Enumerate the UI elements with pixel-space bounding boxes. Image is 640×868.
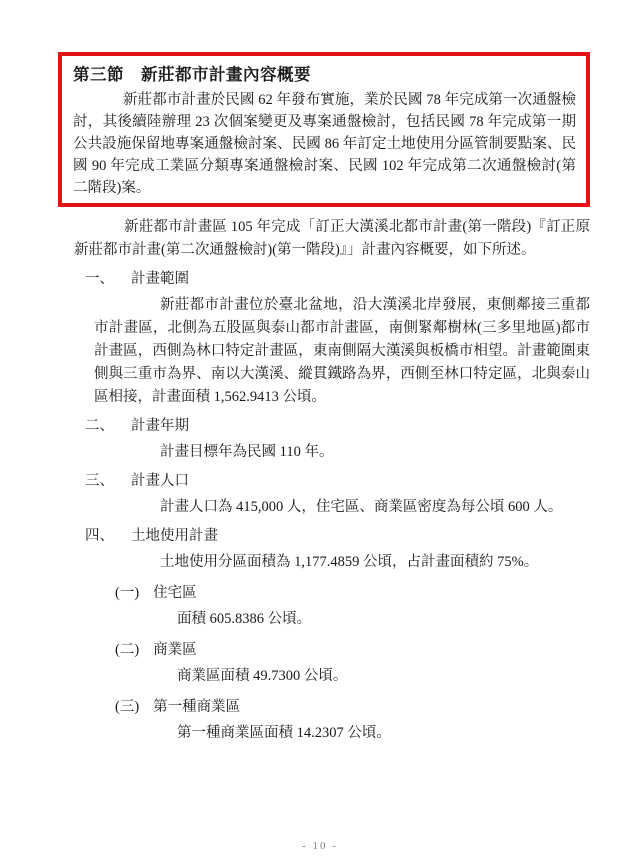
section-title: 計畫範圍 [131, 269, 189, 290]
box-paragraph: 新莊都市計畫於民國 62 年發布實施，業於民國 78 年完成第一次通盤檢討，其後… [73, 89, 576, 199]
section-body: 土地使用分區面積為 1,177.4859 公頃，占計畫面積約 75%。 [94, 551, 590, 574]
subsection-title: 住宅區 [153, 583, 197, 604]
section-body: 計畫人口為 415,000 人，住宅區、商業區密度為每公頃 600 人。 [94, 496, 590, 519]
subsection-head: (三) 第一種商業區 [115, 697, 590, 718]
subsection-head: (一) 住宅區 [115, 583, 590, 604]
section-number: 一、 [85, 269, 114, 290]
section-plan-period: 二、 計畫年期 計畫目標年為民國 110 年。 [58, 416, 590, 464]
section-heading: 第三節 新莊都市計畫內容概要 [73, 61, 576, 85]
subsection-title: 商業區 [153, 640, 197, 661]
section-body: 計畫目標年為民國 110 年。 [94, 441, 590, 464]
section-number: 四、 [85, 526, 114, 547]
section-head: 三、 計畫人口 [85, 471, 590, 492]
subsection-head: (二) 商業區 [115, 640, 590, 661]
document-page: 第三節 新莊都市計畫內容概要 新莊都市計畫於民國 62 年發布實施，業於民國 7… [0, 0, 640, 868]
subsection-title: 第一種商業區 [153, 697, 240, 718]
section-body: 新莊都市計畫位於臺北盆地，沿大漢溪北岸發展，東側鄰接三重都市計畫區，北側為五股區… [94, 294, 590, 409]
subsection-number: (二) [115, 640, 139, 661]
subsection-residential: (一) 住宅區 面積 605.8386 公頃。 [58, 583, 590, 631]
subsection-body: 面積 605.8386 公頃。 [177, 608, 590, 631]
section-title: 計畫年期 [131, 416, 189, 437]
section-land-use-plan: 四、 土地使用計畫 土地使用分區面積為 1,177.4859 公頃，占計畫面積約… [58, 526, 590, 745]
section-head: 一、 計畫範圍 [85, 269, 590, 290]
section-number: 二、 [85, 416, 114, 437]
subsection-commercial: (二) 商業區 商業區面積 49.7300 公頃。 [58, 640, 590, 688]
section-plan-population: 三、 計畫人口 計畫人口為 415,000 人，住宅區、商業區密度為每公頃 60… [58, 471, 590, 519]
subsection-body: 商業區面積 49.7300 公頃。 [177, 665, 590, 688]
section-number: 三、 [85, 471, 114, 492]
subsection-number: (三) [115, 697, 139, 718]
section-plan-scope: 一、 計畫範圍 新莊都市計畫位於臺北盆地，沿大漢溪北岸發展，東側鄰接三重都市計畫… [58, 269, 590, 409]
subsection-body: 第一種商業區面積 14.2307 公頃。 [177, 722, 590, 745]
section-title: 計畫人口 [131, 471, 189, 492]
subsection-number: (一) [115, 583, 139, 604]
intro-paragraph: 新莊都市計畫區 105 年完成「訂正大漢溪北都市計畫(第一階段)『訂正原新莊都市… [74, 216, 590, 262]
highlighted-summary-box: 第三節 新莊都市計畫內容概要 新莊都市計畫於民國 62 年發布實施，業於民國 7… [58, 52, 590, 207]
section-title: 土地使用計畫 [131, 526, 218, 547]
section-head: 二、 計畫年期 [85, 416, 590, 437]
section-head: 四、 土地使用計畫 [85, 526, 590, 547]
subsection-commercial-type1: (三) 第一種商業區 第一種商業區面積 14.2307 公頃。 [58, 697, 590, 745]
page-number: - 10 - [0, 840, 640, 852]
